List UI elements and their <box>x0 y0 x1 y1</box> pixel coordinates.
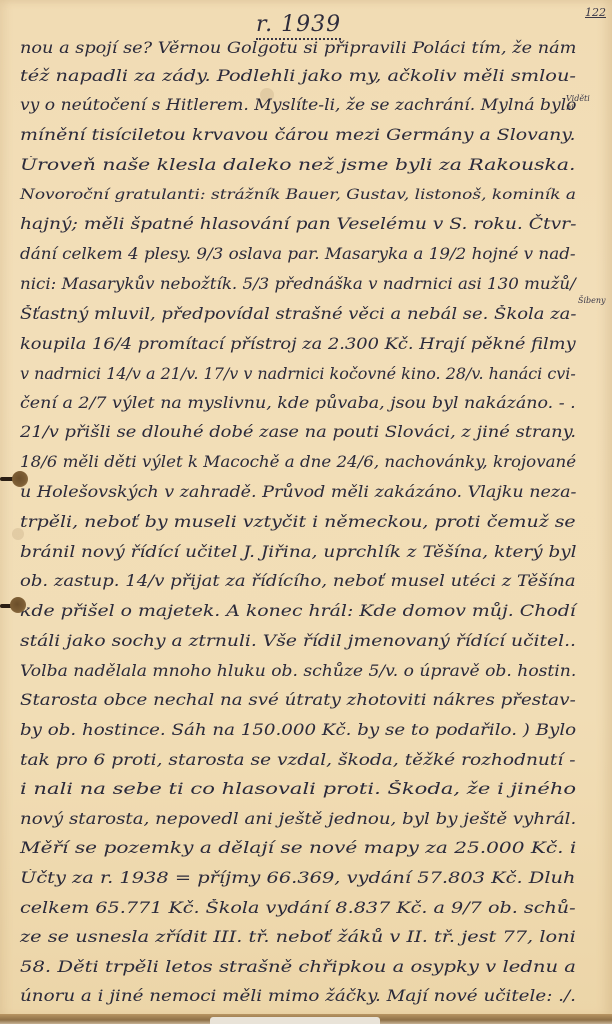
text-line: 18/6 měli děti výlet k Macochě a dne 24/… <box>20 452 576 472</box>
text-line: ze se usnesla zřídit III. tř. neboť žáků… <box>20 927 576 947</box>
text-line: též napadli za zády. Podlehli jako my, a… <box>20 66 576 86</box>
text-line: Účty za r. 1938 = příjmy 66.369, vydání … <box>20 868 575 888</box>
page-number: 122 <box>585 6 606 19</box>
text-line: stáli jako sochy a ztrnuli. Vše řídil jm… <box>20 631 576 651</box>
text-line: Novoroční gratulanti: strážník Bauer, Gu… <box>20 185 576 205</box>
text-line: čení a 2/7 výlet na myslivnu, kde půvaba… <box>20 393 576 413</box>
text-line: Šťastný mluvil, předpovídal strašné věci… <box>20 304 576 324</box>
punch-hole <box>12 471 28 487</box>
text-line: 21/v přišli se dlouhé dobé zase na pouti… <box>20 422 576 442</box>
text-line: Starosta obce nechal na své útraty zhoto… <box>20 690 576 710</box>
text-line: nou a spojí se? Věrnou Golgotu si připra… <box>20 38 576 58</box>
text-line: nici: Masarykův nebožtík. 5/3 přednáška … <box>20 274 576 294</box>
text-line: mínění tisíciletou krvavou čárou mezi Ge… <box>20 125 575 145</box>
text-line: hajný; měli špatné hlasování pan Veselém… <box>20 214 576 234</box>
text-line: dání celkem 4 plesy. 9/3 oslava par. Mas… <box>20 244 576 264</box>
document-page: r. 1939 122 Viděti ni Šibeny nou a spojí… <box>0 0 612 1018</box>
text-line: u Holešovských v zahradě. Průvod měli za… <box>20 482 576 502</box>
page-bottom-edge <box>0 1014 612 1024</box>
punch-hole <box>10 597 26 613</box>
underlying-page-tab <box>210 1017 380 1024</box>
header-year: r. 1939 <box>256 12 341 40</box>
text-line: bránil nový řídící učitel J. Jiřina, upr… <box>20 542 577 562</box>
text-line: v nadrnici 14/v a 21/v. 17/v v nadrnici … <box>20 364 576 384</box>
text-line: 58. Děti trpěli letos strašně chřipkou a… <box>20 957 576 977</box>
text-line: nový starosta, nepovedl ani ještě jednou… <box>20 809 576 829</box>
text-line: Úroveň naše klesla daleko než jsme byli … <box>20 155 576 175</box>
text-line: únoru a i jiné nemoci měli mimo žáčky. M… <box>20 986 576 1006</box>
margin-note-middle-right: Šibeny <box>578 296 606 305</box>
text-line: vy o neútočení s Hitlerem. Myslíte-li, ž… <box>20 95 576 115</box>
text-line: i nali na sebe ti co hlasovali proti. Šk… <box>20 779 576 799</box>
text-line: koupila 16/4 promítací přístroj za 2.300… <box>20 334 576 354</box>
text-line: by ob. hostince. Sáh na 150.000 Kč. by s… <box>20 720 576 740</box>
text-line: Volba nadělala mnoho hluku ob. schůze 5/… <box>20 661 576 681</box>
text-line: celkem 65.771 Kč. Škola vydání 8.837 Kč.… <box>20 898 576 918</box>
text-line: trpěli, neboť by museli vztyčit i německ… <box>20 512 576 532</box>
text-line: Měří se pozemky a dělají se nové mapy za… <box>20 838 576 858</box>
text-line: kde přišel o majetek. A konec hrál: Kde … <box>20 601 576 621</box>
text-line: tak pro 6 proti, starosta se vzdal, škod… <box>20 750 575 770</box>
text-line: ob. zastup. 14/v přijat za řídícího, neb… <box>20 571 576 591</box>
